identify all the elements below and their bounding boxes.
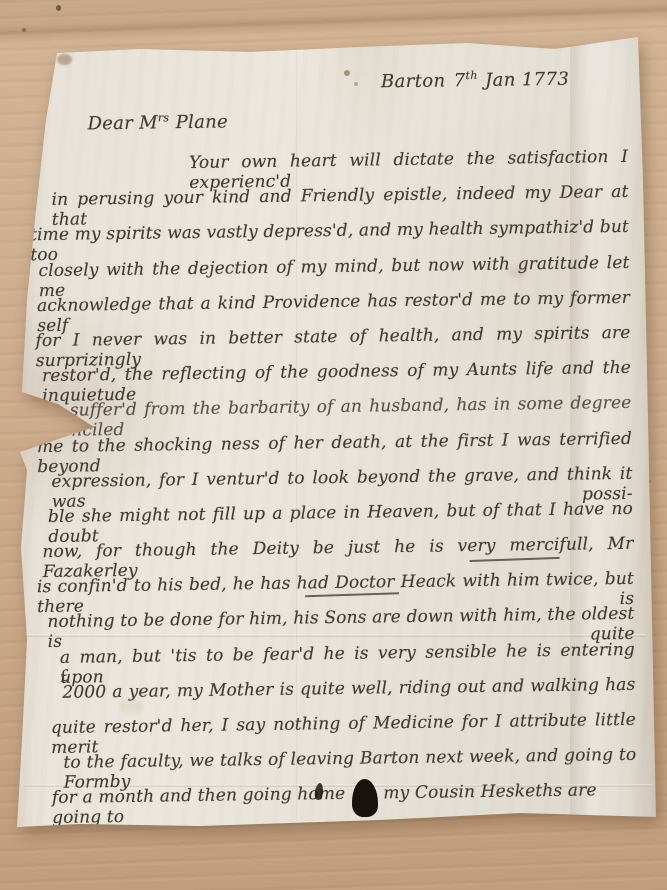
dateline-day-suffix: th xyxy=(465,69,477,82)
letter-body: Your own heart will dictate the satisfac… xyxy=(29,147,637,824)
letter-dateline: Barton7thJan 1773 xyxy=(381,69,570,93)
dateline-place: Barton xyxy=(381,70,446,92)
dateline-day: 7 xyxy=(454,70,466,91)
letter-salutation: Dear MrsPlane xyxy=(87,111,228,134)
letter-line: for a month and then going homemy Cousin… xyxy=(52,780,637,823)
salutation-name: Plane xyxy=(176,111,229,133)
dateline-month-year: Jan 1773 xyxy=(485,69,570,91)
letter-paper-shadow: Barton7thJan 1773 Dear MrsPlane Your own… xyxy=(0,0,667,890)
letter-content: Barton7thJan 1773 Dear MrsPlane Your own… xyxy=(0,0,667,890)
letter-paper: Barton7thJan 1773 Dear MrsPlane Your own… xyxy=(0,0,667,890)
salutation-prefix: Dear M xyxy=(87,112,158,134)
salutation-superscript: rs xyxy=(158,111,170,124)
last-line-part1: for a month and then going home xyxy=(52,784,346,808)
photo-of-letter-on-wooden-table: Barton7thJan 1773 Dear MrsPlane Your own… xyxy=(0,0,667,890)
